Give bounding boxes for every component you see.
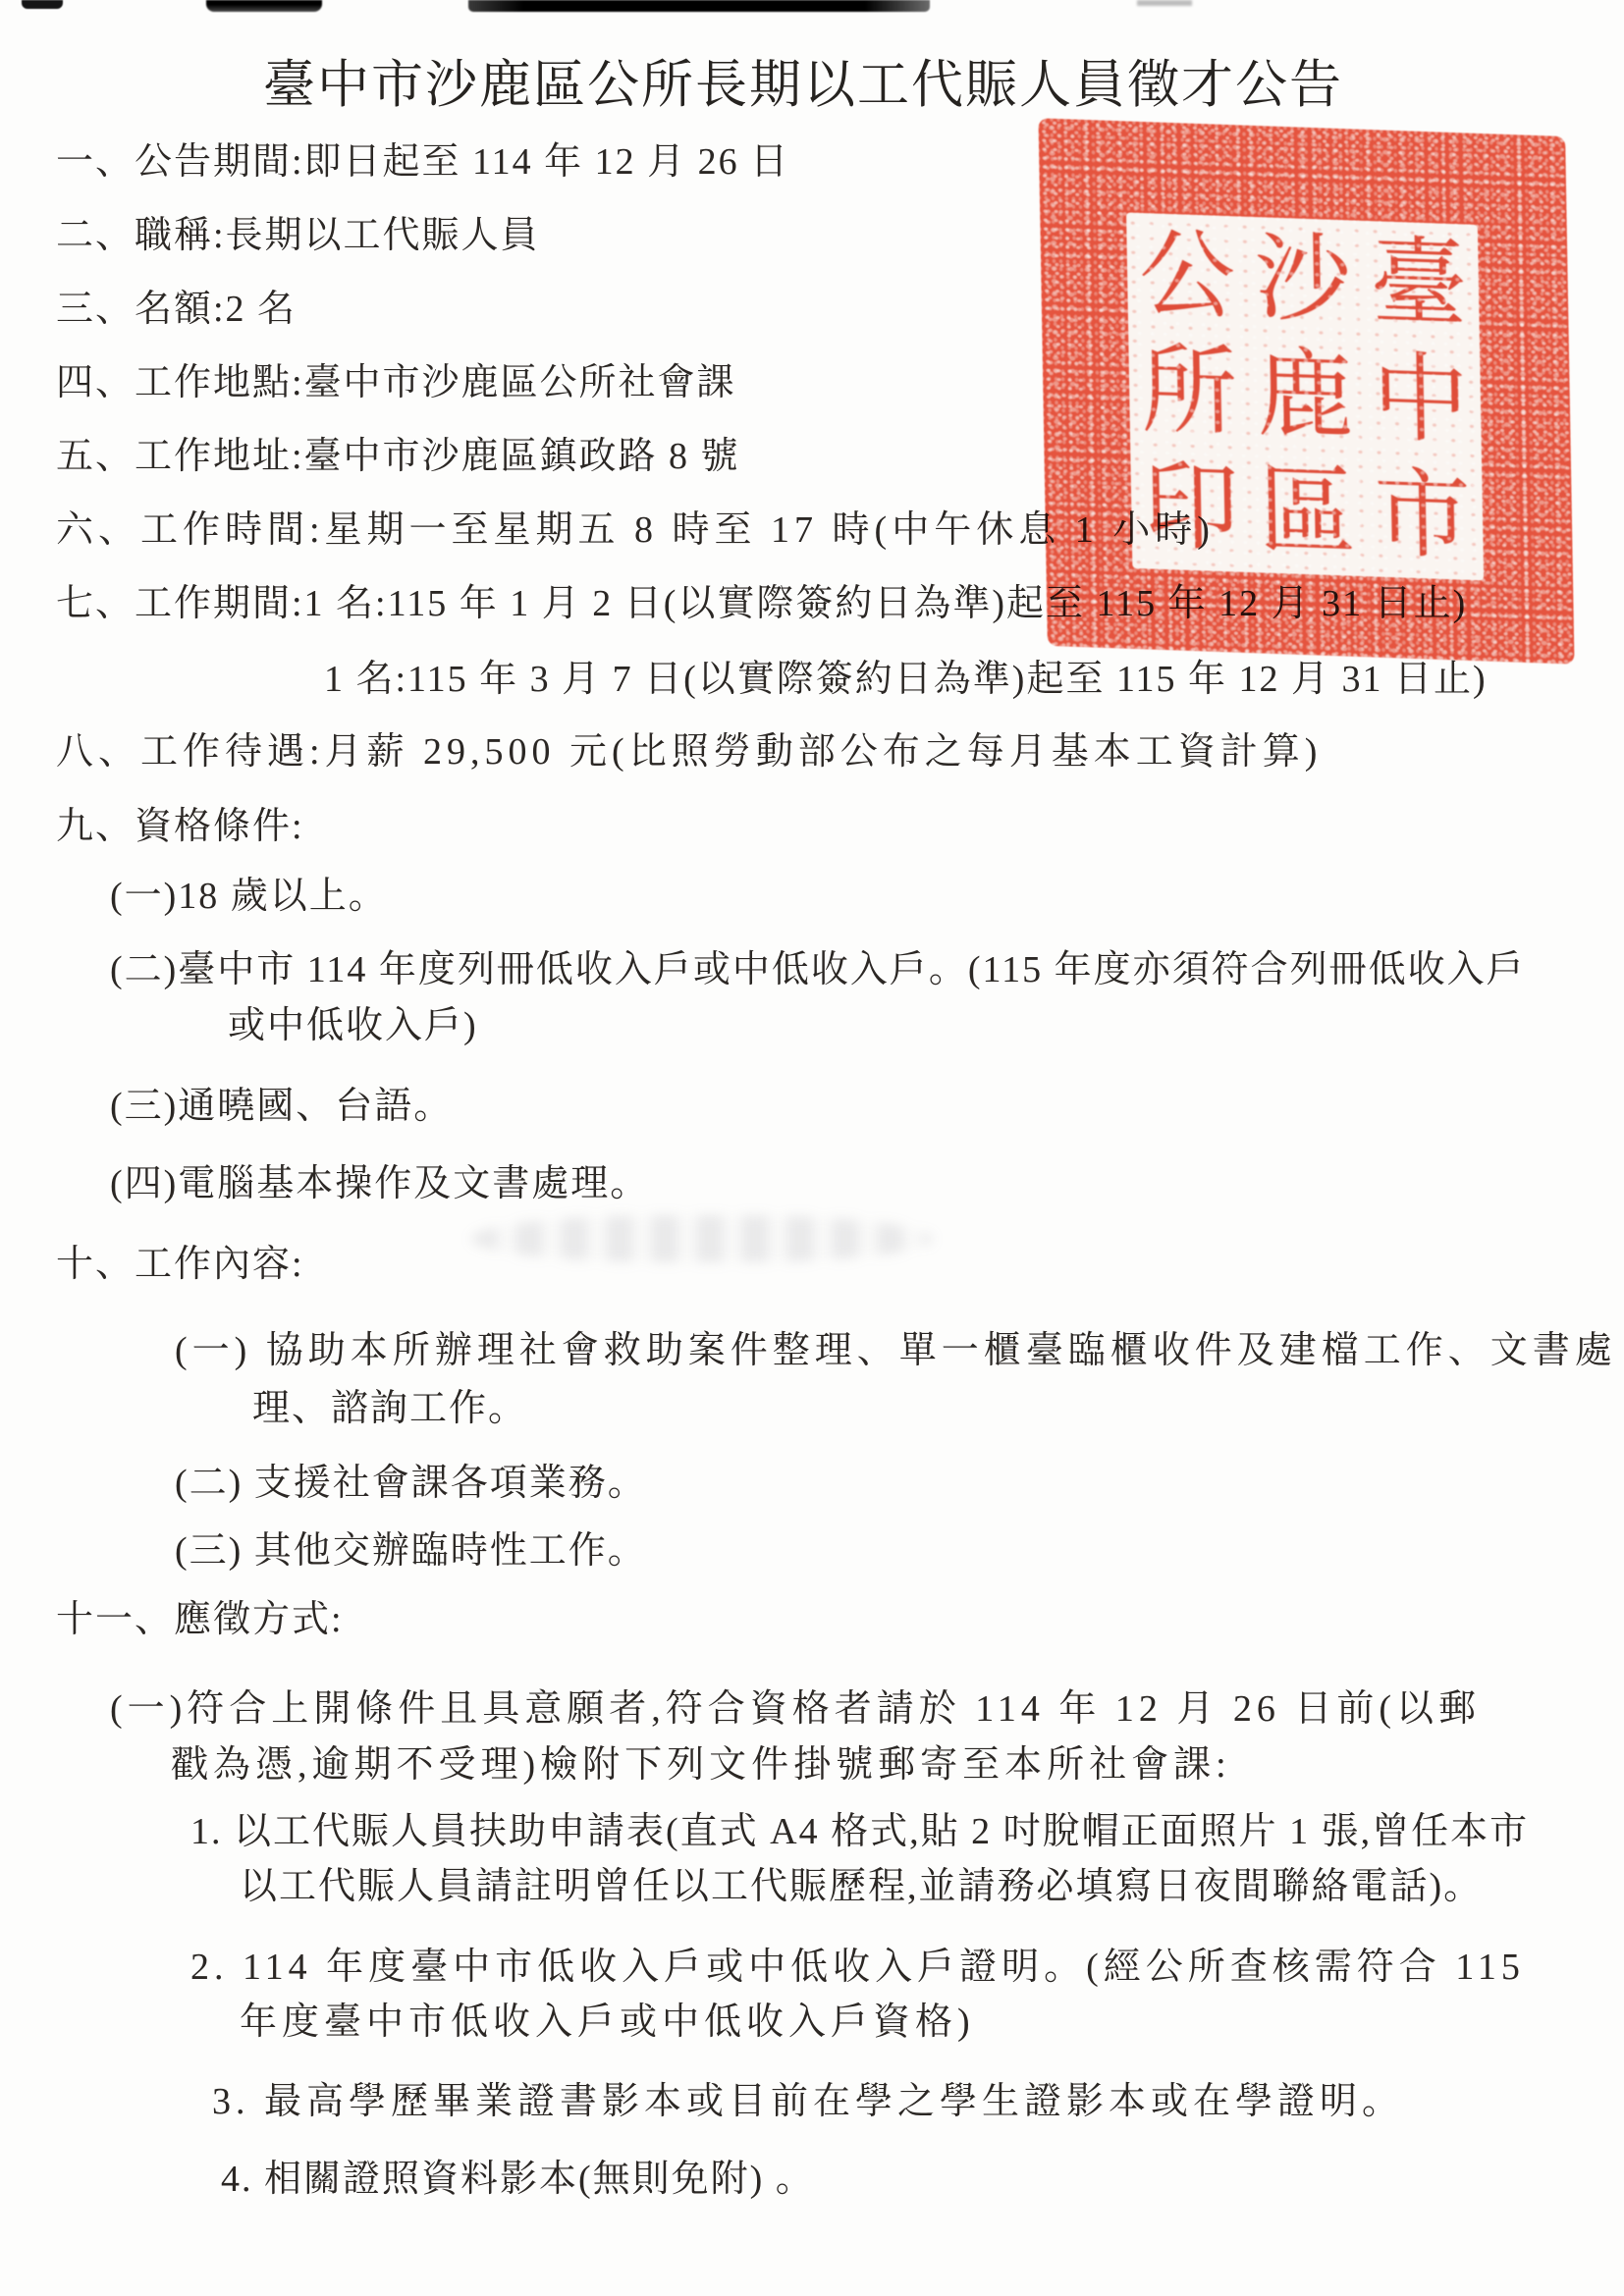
seal-character: 印 <box>1132 449 1250 568</box>
line-apply-header: 十一、應徵方式: <box>56 1596 344 1643</box>
seal-column-right: 臺 中 市 <box>1360 225 1482 577</box>
scan-artifact-mark-2 <box>206 0 322 12</box>
line-duties-header: 十、工作內容: <box>56 1241 304 1288</box>
line-qualifications-header: 九、資格條件: <box>56 803 304 850</box>
scan-smudge <box>471 1215 933 1262</box>
line-work-address: 五、工作地址:臺中市沙鹿區鎮政路 8 號 <box>56 433 740 480</box>
seal-character: 所 <box>1130 333 1248 453</box>
scan-artifact-mark-1 <box>22 0 63 9</box>
line-salary: 八、工作待遇:月薪 29,500 元(比照勞動部公布之每月基本工資計算) <box>56 728 1322 775</box>
scan-artifact-bar <box>468 0 930 12</box>
seal-column-middle: 沙 鹿 區 <box>1244 221 1366 573</box>
line-work-period-2: 1 名:115 年 3 月 7 日(以實際簽約日為準)起至 115 年 12 月… <box>324 656 1488 703</box>
line-qual-2a: (二)臺中市 114 年度列冊低收入戶或中低收入戶。(115 年度亦須符合列冊低… <box>110 946 1526 993</box>
seal-character: 區 <box>1248 453 1366 572</box>
line-quota: 三、名額:2 名 <box>56 286 297 333</box>
line-doc-1a: 1. 以工代賑人員扶助申請表(直式 A4 格式,貼 2 吋脫帽正面照片 1 張,… <box>190 1808 1529 1855</box>
line-doc-3: 3. 最高學歷畢業證書影本或目前在學之學生證影本或在學證明。 <box>212 2078 1404 2125</box>
line-duty-1a: (一) 協助本所辦理社會救助案件整理、單一櫃臺臨櫃收件及建檔工作、文書處 <box>175 1327 1617 1374</box>
page-title: 臺中市沙鹿區公所長期以工代賑人員徵才公告 <box>263 43 1343 118</box>
line-qual-3: (三)通曉國、台語。 <box>110 1083 453 1130</box>
line-duty-3: (三) 其他交辦臨時性工作。 <box>175 1527 647 1575</box>
line-qual-1: (一)18 歲以上。 <box>110 873 388 920</box>
seal-character: 中 <box>1362 341 1480 460</box>
line-duty-1b: 理、諮詢工作。 <box>252 1385 527 1432</box>
scan-artifact-mark-3 <box>1137 0 1192 6</box>
line-doc-1b: 以工代賑人員請註明曾任以工代賑歷程,並請務必填寫日夜間聯絡電話)。 <box>240 1863 1483 1910</box>
line-doc-2a: 2. 114 年度臺中市低收入戶或中低收入戶證明。(經公所查核需符合 115 <box>190 1944 1525 1991</box>
line-qual-2b: 或中低收入戶) <box>228 1002 478 1049</box>
line-duty-2: (二) 支援社會課各項業務。 <box>175 1460 647 1507</box>
line-apply-1b: 戳為憑,逾期不受理)檢附下列文件掛號郵寄至本所社會課: <box>171 1741 1231 1789</box>
seal-character: 公 <box>1128 217 1246 337</box>
line-doc-2b: 年度臺中市低收入戶或中低收入戶資格) <box>240 1999 975 2046</box>
line-apply-1a: (一)符合上開條件且具意願者,符合資格者請於 114 年 12 月 26 日前(… <box>110 1685 1481 1733</box>
seal-character: 市 <box>1364 456 1482 576</box>
seal-character: 臺 <box>1360 225 1478 345</box>
official-seal: 臺 中 市 沙 鹿 區 公 所 印 <box>1038 118 1574 664</box>
line-announcement-period: 一、公告期間:即日起至 114 年 12 月 26 日 <box>56 138 789 186</box>
scanned-announcement-page: 臺中市沙鹿區公所長期以工代賑人員徵才公告 一、公告期間:即日起至 114 年 1… <box>0 0 1624 2296</box>
seal-inner-square: 臺 中 市 沙 鹿 區 公 所 印 <box>1126 212 1484 580</box>
seal-character: 沙 <box>1244 221 1362 341</box>
line-qual-4: (四)電腦基本操作及文書處理。 <box>110 1160 649 1207</box>
seal-character: 鹿 <box>1246 337 1364 456</box>
line-work-hours: 六、工作時間:星期一至星期五 8 時至 17 時(中午休息 1 小時) <box>56 507 1215 554</box>
line-doc-4: 4. 相關證照資料影本(無則免附) 。 <box>221 2156 815 2203</box>
seal-column-left: 公 所 印 <box>1128 217 1250 569</box>
line-work-place: 四、工作地點:臺中市沙鹿區公所社會課 <box>56 359 736 406</box>
line-job-title: 二、職稱:長期以工代賑人員 <box>56 212 540 259</box>
